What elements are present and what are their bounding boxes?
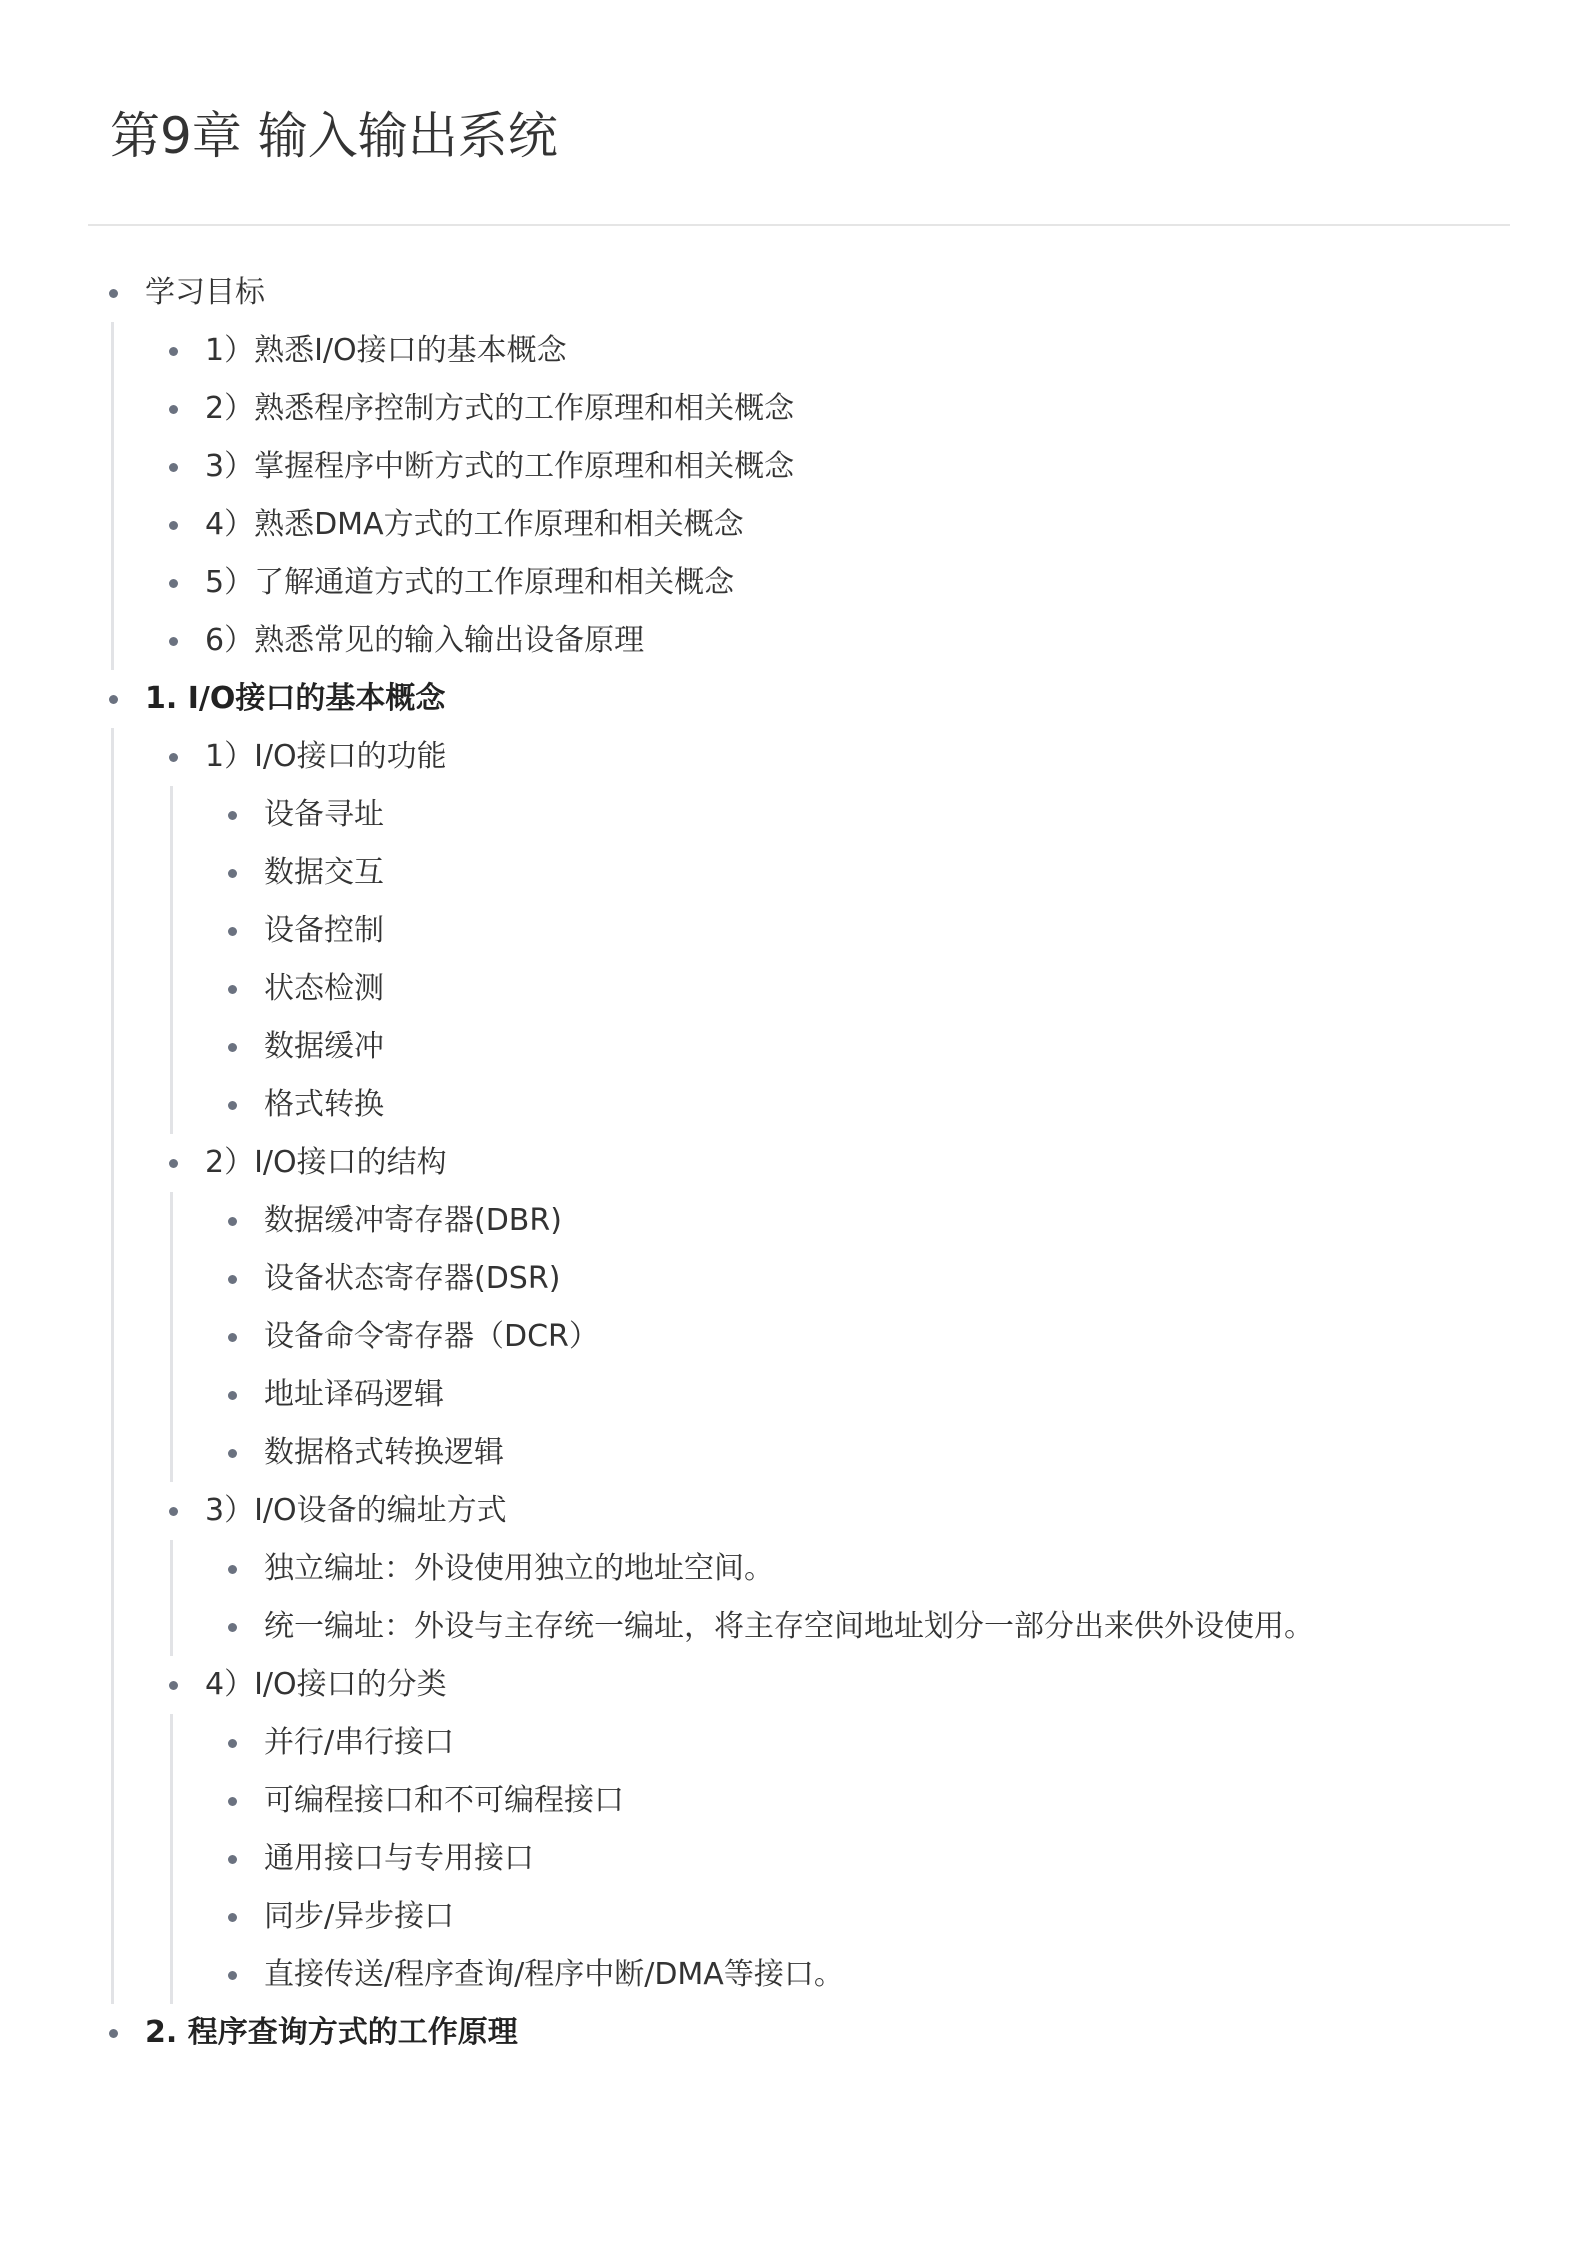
outline-item-label: 并行/串行接口 bbox=[264, 1725, 454, 1760]
outline-item-label: 设备状态寄存器(DSR) bbox=[264, 1261, 560, 1296]
outline-item-label: 6）熟悉常见的输入输出设备原理 bbox=[205, 623, 644, 658]
outline-item-label: 2. 程序查询方式的工作原理 bbox=[145, 2015, 518, 2050]
bullet-icon[interactable] bbox=[169, 579, 178, 588]
outline-item[interactable]: 4）熟悉DMA方式的工作原理和相关概念 bbox=[148, 496, 1508, 554]
outline-item-label: 状态检测 bbox=[264, 971, 384, 1006]
outline-item-label: 设备控制 bbox=[264, 913, 384, 948]
bullet-icon[interactable] bbox=[228, 1913, 237, 1922]
outline-tree: 学习目标 1）熟悉I/O接口的基本概念 2）熟悉程序控制方式的工作原理和相关概念… bbox=[88, 264, 1508, 2062]
outline-item-label: 数据缓冲寄存器(DBR) bbox=[264, 1203, 562, 1238]
bullet-icon[interactable] bbox=[228, 1623, 237, 1632]
outline-item[interactable]: 数据缓冲寄存器(DBR) bbox=[207, 1192, 1508, 1250]
outline-item[interactable]: 6）熟悉常见的输入输出设备原理 bbox=[148, 612, 1508, 670]
bullet-icon[interactable] bbox=[228, 1391, 237, 1400]
outline-item-label: 直接传送/程序查询/程序中断/DMA等接口。 bbox=[264, 1957, 844, 1992]
bullet-icon[interactable] bbox=[228, 1043, 237, 1052]
outline-item[interactable]: 设备命令寄存器（DCR） bbox=[207, 1308, 1508, 1366]
page-title: 第9章 输入输出系统 bbox=[110, 96, 558, 176]
outline-item[interactable]: 地址译码逻辑 bbox=[207, 1366, 1508, 1424]
outline-item-label: 独立编址：外设使用独立的地址空间。 bbox=[264, 1551, 774, 1586]
outline-item[interactable]: 状态检测 bbox=[207, 960, 1508, 1018]
outline-item[interactable]: 设备控制 bbox=[207, 902, 1508, 960]
outline-item[interactable]: 数据格式转换逻辑 bbox=[207, 1424, 1508, 1482]
outline-item-learning-goals[interactable]: 学习目标 1）熟悉I/O接口的基本概念 2）熟悉程序控制方式的工作原理和相关概念… bbox=[88, 264, 1508, 670]
bullet-icon[interactable] bbox=[169, 1159, 178, 1168]
outline-item[interactable]: 2）熟悉程序控制方式的工作原理和相关概念 bbox=[148, 380, 1508, 438]
outline-item[interactable]: 5）了解通道方式的工作原理和相关概念 bbox=[148, 554, 1508, 612]
outline-item-label: 1）熟悉I/O接口的基本概念 bbox=[205, 333, 567, 368]
outline-item-label: 数据缓冲 bbox=[264, 1029, 384, 1064]
outline-item[interactable]: 同步/异步接口 bbox=[207, 1888, 1508, 1946]
outline-item-label: 3）掌握程序中断方式的工作原理和相关概念 bbox=[205, 449, 794, 484]
bullet-icon[interactable] bbox=[228, 869, 237, 878]
bullet-icon[interactable] bbox=[169, 463, 178, 472]
bullet-icon[interactable] bbox=[228, 1565, 237, 1574]
bullet-icon[interactable] bbox=[109, 2029, 118, 2038]
outline-item-label: 设备命令寄存器（DCR） bbox=[264, 1319, 599, 1354]
bullet-icon[interactable] bbox=[169, 521, 178, 530]
outline-item[interactable]: 并行/串行接口 bbox=[207, 1714, 1508, 1772]
outline-item-label: 可编程接口和不可编程接口 bbox=[264, 1783, 624, 1818]
outline-item[interactable]: 统一编址：外设与主存统一编址，将主存空间地址划分一部分出来供外设使用。 bbox=[207, 1598, 1508, 1656]
bullet-icon[interactable] bbox=[169, 753, 178, 762]
outline-item[interactable]: 可编程接口和不可编程接口 bbox=[207, 1772, 1508, 1830]
bullet-icon[interactable] bbox=[228, 1333, 237, 1342]
outline-root-list: 学习目标 1）熟悉I/O接口的基本概念 2）熟悉程序控制方式的工作原理和相关概念… bbox=[88, 264, 1508, 2062]
outline-item-label: 2）熟悉程序控制方式的工作原理和相关概念 bbox=[205, 391, 794, 426]
outline-item-label: 5）了解通道方式的工作原理和相关概念 bbox=[205, 565, 734, 600]
bullet-icon[interactable] bbox=[228, 1217, 237, 1226]
bullet-icon[interactable] bbox=[228, 1971, 237, 1980]
bullet-icon[interactable] bbox=[109, 695, 118, 704]
outline-item[interactable]: 3）掌握程序中断方式的工作原理和相关概念 bbox=[148, 438, 1508, 496]
outline-item-io-addressing[interactable]: 3）I/O设备的编址方式 独立编址：外设使用独立的地址空间。 统一编址：外设与主… bbox=[148, 1482, 1508, 1656]
outline-item[interactable]: 格式转换 bbox=[207, 1076, 1508, 1134]
outline-item-section-2[interactable]: 2. 程序查询方式的工作原理 bbox=[88, 2004, 1508, 2062]
children-guide: 并行/串行接口 可编程接口和不可编程接口 通用接口与专用接口 同步/异步接口 直… bbox=[170, 1714, 1508, 2004]
bullet-icon[interactable] bbox=[109, 289, 118, 298]
outline-item[interactable]: 直接传送/程序查询/程序中断/DMA等接口。 bbox=[207, 1946, 1508, 2004]
outline-item-label: 4）熟悉DMA方式的工作原理和相关概念 bbox=[205, 507, 744, 542]
bullet-icon[interactable] bbox=[228, 927, 237, 936]
children-guide: 1）熟悉I/O接口的基本概念 2）熟悉程序控制方式的工作原理和相关概念 3）掌握… bbox=[111, 322, 1508, 670]
outline-item-io-structure[interactable]: 2）I/O接口的结构 数据缓冲寄存器(DBR) 设备状态寄存器(DSR) 设备命… bbox=[148, 1134, 1508, 1482]
outline-item-label: 同步/异步接口 bbox=[264, 1899, 454, 1934]
outline-item-io-classification[interactable]: 4）I/O接口的分类 并行/串行接口 可编程接口和不可编程接口 通用接口与专用接… bbox=[148, 1656, 1508, 2004]
outline-item-label: 3）I/O设备的编址方式 bbox=[205, 1493, 507, 1528]
outline-item-label: 1. I/O接口的基本概念 bbox=[145, 681, 445, 716]
outline-item-label: 数据格式转换逻辑 bbox=[264, 1435, 504, 1470]
outline-item[interactable]: 设备状态寄存器(DSR) bbox=[207, 1250, 1508, 1308]
bullet-icon[interactable] bbox=[228, 1275, 237, 1284]
bullet-icon[interactable] bbox=[228, 1855, 237, 1864]
outline-item-label: 4）I/O接口的分类 bbox=[205, 1667, 447, 1702]
outline-item-section-1[interactable]: 1. I/O接口的基本概念 1）I/O接口的功能 设备寻址 数据交互 设备控制 … bbox=[88, 670, 1508, 2004]
outline-item[interactable]: 通用接口与专用接口 bbox=[207, 1830, 1508, 1888]
outline-item-label: 数据交互 bbox=[264, 855, 384, 890]
bullet-icon[interactable] bbox=[169, 1681, 178, 1690]
bullet-icon[interactable] bbox=[228, 1797, 237, 1806]
children-guide: 设备寻址 数据交互 设备控制 状态检测 数据缓冲 格式转换 bbox=[170, 786, 1508, 1134]
bullet-icon[interactable] bbox=[228, 1739, 237, 1748]
outline-item[interactable]: 数据交互 bbox=[207, 844, 1508, 902]
outline-item-io-functions[interactable]: 1）I/O接口的功能 设备寻址 数据交互 设备控制 状态检测 数据缓冲 格式转换 bbox=[148, 728, 1508, 1134]
bullet-icon[interactable] bbox=[228, 985, 237, 994]
outline-item-label: 1）I/O接口的功能 bbox=[205, 739, 447, 774]
title-divider bbox=[88, 224, 1510, 226]
outline-item-label: 2）I/O接口的结构 bbox=[205, 1145, 447, 1180]
bullet-icon[interactable] bbox=[169, 405, 178, 414]
bullet-icon[interactable] bbox=[169, 1507, 178, 1516]
bullet-icon[interactable] bbox=[169, 347, 178, 356]
outline-item[interactable]: 独立编址：外设使用独立的地址空间。 bbox=[207, 1540, 1508, 1598]
bullet-icon[interactable] bbox=[228, 1101, 237, 1110]
outline-item-label: 格式转换 bbox=[264, 1087, 384, 1122]
outline-item-label: 地址译码逻辑 bbox=[264, 1377, 444, 1412]
outline-item-label: 通用接口与专用接口 bbox=[264, 1841, 534, 1876]
outline-item[interactable]: 1）熟悉I/O接口的基本概念 bbox=[148, 322, 1508, 380]
bullet-icon[interactable] bbox=[228, 811, 237, 820]
children-guide: 1）I/O接口的功能 设备寻址 数据交互 设备控制 状态检测 数据缓冲 格式转换… bbox=[111, 728, 1508, 2004]
bullet-icon[interactable] bbox=[228, 1449, 237, 1458]
outline-item-label: 学习目标 bbox=[145, 275, 265, 310]
outline-item-label: 设备寻址 bbox=[264, 797, 384, 832]
outline-item[interactable]: 设备寻址 bbox=[207, 786, 1508, 844]
outline-item-label: 统一编址：外设与主存统一编址，将主存空间地址划分一部分出来供外设使用。 bbox=[264, 1609, 1314, 1644]
bullet-icon[interactable] bbox=[169, 637, 178, 646]
children-guide: 数据缓冲寄存器(DBR) 设备状态寄存器(DSR) 设备命令寄存器（DCR） 地… bbox=[170, 1192, 1508, 1482]
outline-item[interactable]: 数据缓冲 bbox=[207, 1018, 1508, 1076]
children-guide: 独立编址：外设使用独立的地址空间。 统一编址：外设与主存统一编址，将主存空间地址… bbox=[170, 1540, 1508, 1656]
